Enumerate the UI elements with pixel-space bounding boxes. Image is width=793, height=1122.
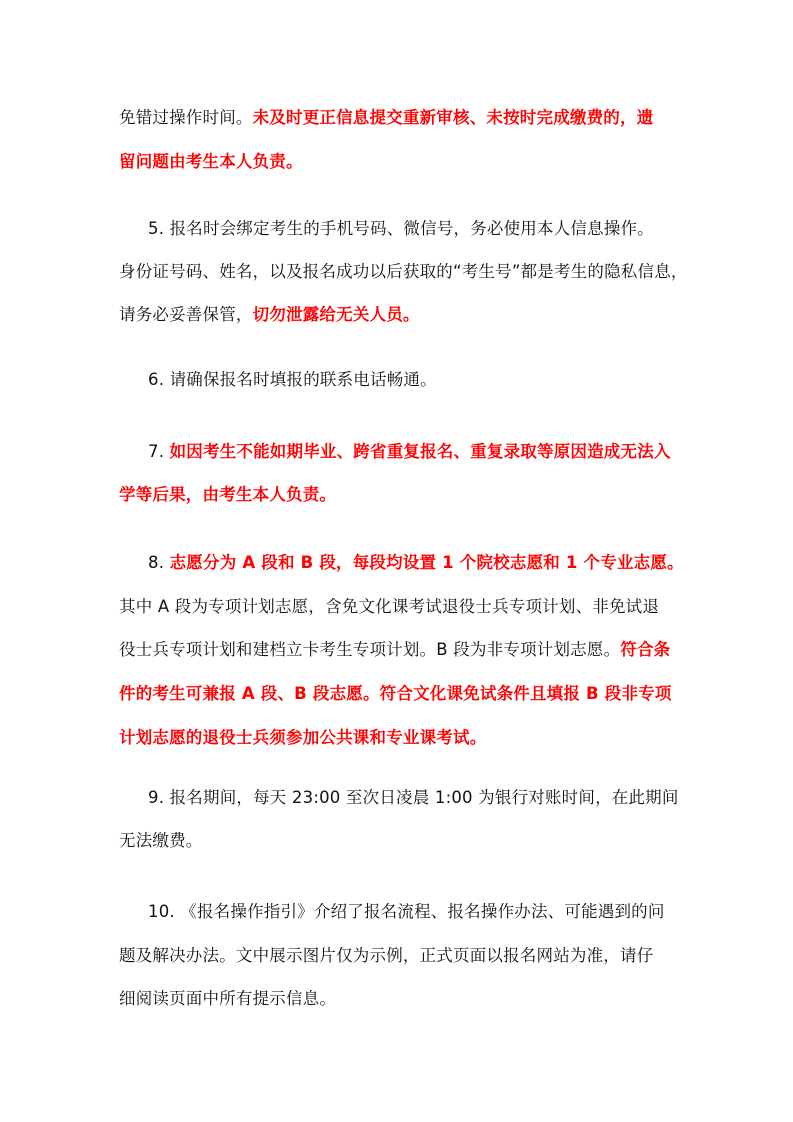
text-run: 无法缴费。 [119, 831, 203, 850]
text-run: 请务必妥善保管， [119, 305, 253, 324]
item-5-line: 5. 报名时会绑定考生的手机号码、微信号，务必使用本人信息操作。 [148, 219, 654, 239]
item-8-line: 8. 志愿分为 A 段和 B 段，每段均设置 1 个院校志愿和 1 个专业志愿。 [148, 553, 684, 573]
text-line: 题及解决办法。文中展示图片仅为示例，正式页面以报名网站为准，请仔 [119, 946, 653, 966]
text-run: 题及解决办法。文中展示图片仅为示例，正式页面以报名网站为准，请仔 [119, 946, 653, 965]
text-line: 学等后果，由考生本人负责。 [119, 485, 336, 505]
emphasis-run: 件的考生可兼报 A 段、B 段志愿。符合文化课免试条件且填报 B 段非专项 [119, 684, 672, 703]
text-run: 5. 报名时会绑定考生的手机号码、微信号，务必使用本人信息操作。 [148, 219, 654, 238]
emphasis-run: 如因考生不能如期毕业、跨省重复报名、重复录取等原因造成无法入 [170, 442, 671, 461]
emphasis-run: 留问题由考生本人负责。 [119, 152, 303, 171]
text-line: 细阅读页面中所有提示信息。 [119, 989, 336, 1009]
emphasis-run: 切勿泄露给无关人员。 [253, 305, 420, 324]
text-line: 身份证号码、姓名，以及报名成功以后获取的“考生号”都是考生的隐私信息， [119, 262, 688, 282]
text-run: 10. 《报名操作指引》介绍了报名流程、报名操作办法、可能遇到的问 [148, 902, 665, 921]
emphasis-run: 未及时更正信息提交重新审核、未按时完成缴费的，遗 [253, 108, 654, 127]
text-line: 留问题由考生本人负责。 [119, 152, 303, 172]
text-run: 细阅读页面中所有提示信息。 [119, 989, 336, 1008]
text-line: 计划志愿的退役士兵须参加公共课和专业课考试。 [119, 728, 486, 748]
item-7-line: 7. 如因考生不能如期毕业、跨省重复报名、重复录取等原因造成无法入 [148, 442, 671, 462]
text-line: 其中 A 段为专项计划志愿，含免文化课考试退役士兵专项计划、非免试退 [119, 597, 659, 617]
text-run: 9. 报名期间，每天 23:00 至次日凌晨 1:00 为银行对账时间，在此期间 [148, 788, 679, 807]
text-run: 8. [148, 553, 170, 572]
emphasis-run: 符合条 [620, 640, 670, 659]
text-run: 7. [148, 442, 170, 461]
text-line: 请务必妥善保管，切勿泄露给无关人员。 [119, 305, 420, 325]
item-9-line: 9. 报名期间，每天 23:00 至次日凌晨 1:00 为银行对账时间，在此期间 [148, 788, 679, 808]
text-run: 其中 A 段为专项计划志愿，含免文化课考试退役士兵专项计划、非免试退 [119, 597, 659, 616]
emphasis-run: 志愿分为 A 段和 B 段，每段均设置 1 个院校志愿和 1 个专业志愿。 [170, 553, 684, 572]
text-run: 6. 请确保报名时填报的联系电话畅通。 [148, 370, 437, 389]
item-6-line: 6. 请确保报名时填报的联系电话畅通。 [148, 370, 437, 390]
text-line: 役士兵专项计划和建档立卡考生专项计划。B 段为非专项计划志愿。符合条 [119, 640, 670, 660]
item-10-line: 10. 《报名操作指引》介绍了报名流程、报名操作办法、可能遇到的问 [148, 902, 665, 922]
text-line: 无法缴费。 [119, 831, 203, 851]
text-run: 身份证号码、姓名，以及报名成功以后获取的“考生号”都是考生的隐私信息， [119, 262, 688, 281]
text-line: 件的考生可兼报 A 段、B 段志愿。符合文化课免试条件且填报 B 段非专项 [119, 684, 672, 704]
emphasis-run: 计划志愿的退役士兵须参加公共课和专业课考试。 [119, 728, 486, 747]
emphasis-run: 学等后果，由考生本人负责。 [119, 485, 336, 504]
text-run: 免错过操作时间。 [119, 108, 253, 127]
text-run: 役士兵专项计划和建档立卡考生专项计划。B 段为非专项计划志愿。 [119, 640, 620, 659]
text-line: 免错过操作时间。未及时更正信息提交重新审核、未按时完成缴费的，遗 [119, 108, 653, 128]
